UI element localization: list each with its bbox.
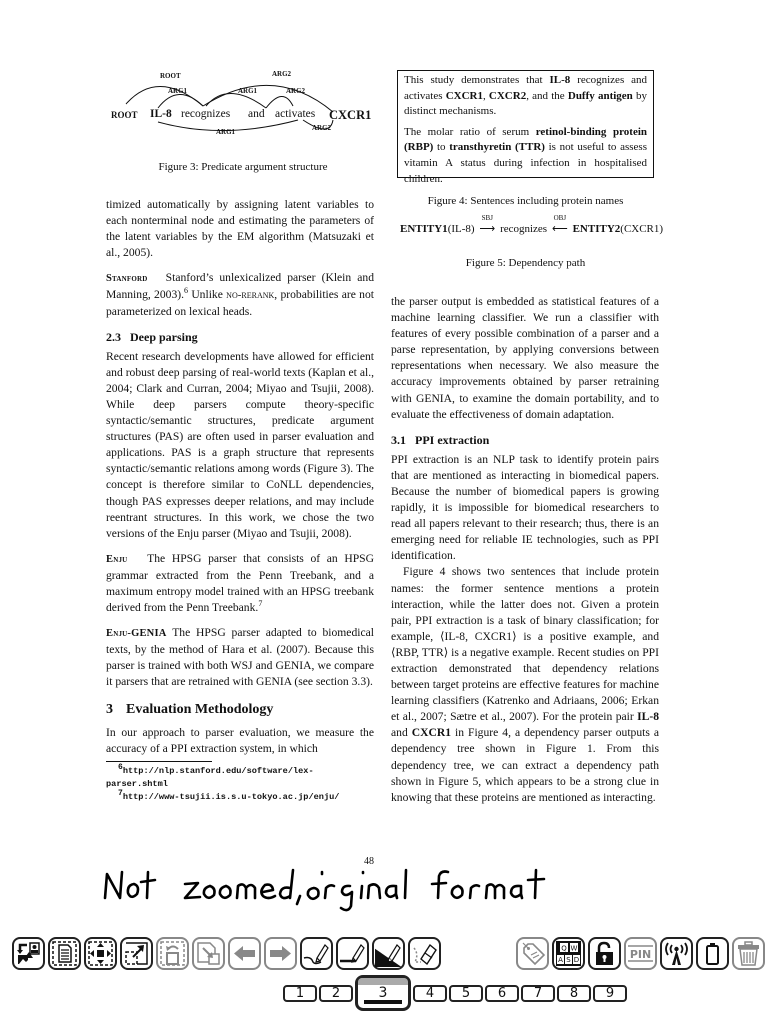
eraser-icon bbox=[411, 940, 438, 967]
rotate-screen-icon bbox=[15, 940, 42, 967]
forward-arrow-icon bbox=[267, 940, 294, 967]
tag-icon bbox=[519, 940, 546, 967]
paragraph-stanford: Stanford Stanford’s unlexicalized parser… bbox=[106, 270, 374, 319]
handwritten-annotation: Not zoomed, original format bbox=[100, 858, 620, 918]
footnote-7: 7http://www-tsujii.is.s.u-tokyo.ac.jp/en… bbox=[106, 791, 374, 804]
sbj-arrow: SBJ⟶ bbox=[477, 222, 497, 235]
unlock-button[interactable] bbox=[588, 937, 621, 970]
footnote-rule bbox=[106, 761, 212, 762]
word-activates: activates bbox=[275, 108, 315, 120]
page-tab-9[interactable]: 9 bbox=[593, 985, 627, 1002]
svg-text:W: W bbox=[571, 945, 578, 953]
figure-5-caption: Figure 5: Dependency path bbox=[397, 257, 654, 269]
arc-label-arg1-top: ARG1 bbox=[168, 87, 187, 95]
back-arrow-icon bbox=[231, 940, 258, 967]
word-il8: IL-8 bbox=[150, 108, 172, 120]
pen-thick-button[interactable] bbox=[372, 937, 405, 970]
arc-label-root: ROOT bbox=[160, 72, 181, 80]
arc-label-arg1-mid: ARG1 bbox=[238, 87, 257, 95]
wireless-button[interactable] bbox=[660, 937, 693, 970]
pan-button[interactable] bbox=[192, 937, 225, 970]
rotate-screen-button[interactable] bbox=[12, 937, 45, 970]
footnote-7-link[interactable]: http://www-tsujii.is.s.u-tokyo.ac.jp/enj… bbox=[123, 792, 340, 802]
zoom-region-button[interactable] bbox=[120, 937, 153, 970]
word-recognizes: recognizes bbox=[181, 108, 230, 120]
svg-text:A: A bbox=[558, 956, 563, 964]
fit-page-icon bbox=[51, 940, 78, 967]
arc-label-arg1-bottom: ARG1 bbox=[216, 128, 235, 136]
tag-button[interactable] bbox=[516, 937, 549, 970]
figure-4-caption: Figure 4: Sentences including protein na… bbox=[397, 195, 654, 207]
paragraph-figure-4-discussion: Figure 4 shows two sentences that includ… bbox=[391, 564, 659, 805]
figure-5-dependency-path: ENTITY1(IL-8) SBJ⟶ recognizes OBJ⟵ ENTIT… bbox=[400, 222, 655, 235]
fit-page-button[interactable] bbox=[48, 937, 81, 970]
pen-thick-icon bbox=[375, 940, 402, 967]
pen-thin-icon bbox=[303, 940, 330, 967]
page-tab-7[interactable]: 7 bbox=[521, 985, 555, 1002]
section-2-3-heading: 2.3Deep parsing bbox=[106, 329, 374, 345]
pen-medium-icon bbox=[339, 940, 366, 967]
undo-zoom-icon bbox=[159, 940, 186, 967]
section-3-1-heading: 3.1PPI extraction bbox=[391, 432, 659, 448]
svg-text:Q: Q bbox=[561, 945, 567, 953]
paragraph: timized automatically by assigning laten… bbox=[106, 197, 374, 261]
zoom-region-icon bbox=[123, 940, 150, 967]
page-tab-3-current[interactable]: 3 bbox=[355, 975, 411, 1011]
page-tab-1[interactable]: 1 bbox=[283, 985, 317, 1002]
right-column: the parser output is embedded as statist… bbox=[391, 294, 659, 806]
pan-icon bbox=[195, 940, 222, 967]
figure-4-box: This study demonstrates that IL-8 recogn… bbox=[397, 70, 654, 178]
svg-text:S: S bbox=[566, 956, 571, 964]
fit-width-icon bbox=[87, 940, 114, 967]
page-tab-4[interactable]: 4 bbox=[413, 985, 447, 1002]
trash-icon bbox=[735, 940, 762, 967]
word-root: ROOT bbox=[111, 110, 138, 120]
unlock-icon bbox=[591, 940, 618, 967]
paragraph-deep-parsing: Recent research developments have allowe… bbox=[106, 349, 374, 542]
arc-label-arg2-mid: ARG2 bbox=[286, 87, 305, 95]
back-button[interactable] bbox=[228, 937, 261, 970]
page-tab-2[interactable]: 2 bbox=[319, 985, 353, 1002]
keyboard-button[interactable]: QWASD bbox=[552, 937, 585, 970]
keyboard-icon: QWASD bbox=[555, 940, 582, 967]
eraser-button[interactable] bbox=[408, 937, 441, 970]
pin-icon: PIN bbox=[627, 940, 654, 967]
section-3-heading: 3Evaluation Methodology bbox=[106, 701, 374, 719]
forward-button[interactable] bbox=[264, 937, 297, 970]
undo-zoom-button[interactable] bbox=[156, 937, 189, 970]
figure-3-caption: Figure 3: Predicate argument structure bbox=[108, 161, 378, 173]
left-column: timized automatically by assigning laten… bbox=[106, 197, 374, 804]
bottom-toolbar: QWASD PIN bbox=[8, 937, 768, 973]
paragraph: the parser output is embedded as statist… bbox=[391, 294, 659, 423]
word-and: and bbox=[248, 108, 265, 120]
word-cxcr1: CXCR1 bbox=[329, 108, 371, 123]
page-tab-5[interactable]: 5 bbox=[449, 985, 483, 1002]
fit-width-button[interactable] bbox=[84, 937, 117, 970]
wireless-icon bbox=[663, 940, 690, 967]
pen-medium-button[interactable] bbox=[336, 937, 369, 970]
pen-thin-button[interactable] bbox=[300, 937, 333, 970]
paragraph-ppi: PPI extraction is an NLP task to identif… bbox=[391, 452, 659, 565]
obj-arrow: OBJ⟵ bbox=[550, 222, 570, 235]
figure-4-sentence-1: This study demonstrates that IL-8 recogn… bbox=[404, 73, 647, 120]
figure-3-diagram: ROOT ARG2 ARG1 ARG1 ARG2 ARG1 ARG2 ROOT … bbox=[108, 68, 378, 128]
arc-diagram bbox=[108, 68, 378, 134]
paragraph-evaluation: In our approach to parser evaluation, we… bbox=[106, 725, 374, 757]
footnote-6-link[interactable]: http://nlp.stanford.edu/software/lex-par… bbox=[106, 766, 314, 789]
paragraph-enju: Enju The HPSG parser that consists of an… bbox=[106, 551, 374, 616]
page-tab-6[interactable]: 6 bbox=[485, 985, 519, 1002]
battery-icon bbox=[699, 940, 726, 967]
svg-text:D: D bbox=[574, 956, 579, 964]
arc-label-arg2-long: ARG2 bbox=[272, 70, 291, 78]
paragraph-enju-genia: Enju-GENIA The HPSG parser adapted to bi… bbox=[106, 625, 374, 690]
page-selector: 1 2 3 4 5 6 7 8 9 bbox=[283, 985, 629, 1005]
footnote-6: 6http://nlp.stanford.edu/software/lex-pa… bbox=[106, 765, 374, 791]
figure-4-sentence-2: The molar ratio of serum retinol-binding… bbox=[404, 125, 647, 187]
document-page: ROOT ARG2 ARG1 ARG1 ARG2 ARG1 ARG2 ROOT … bbox=[0, 0, 768, 860]
arc-label-arg2-bottom: ARG2 bbox=[312, 124, 331, 132]
trash-button[interactable] bbox=[732, 937, 765, 970]
battery-button[interactable] bbox=[696, 937, 729, 970]
svg-text:PIN: PIN bbox=[630, 948, 651, 961]
page-tab-8[interactable]: 8 bbox=[557, 985, 591, 1002]
pin-button[interactable]: PIN bbox=[624, 937, 657, 970]
